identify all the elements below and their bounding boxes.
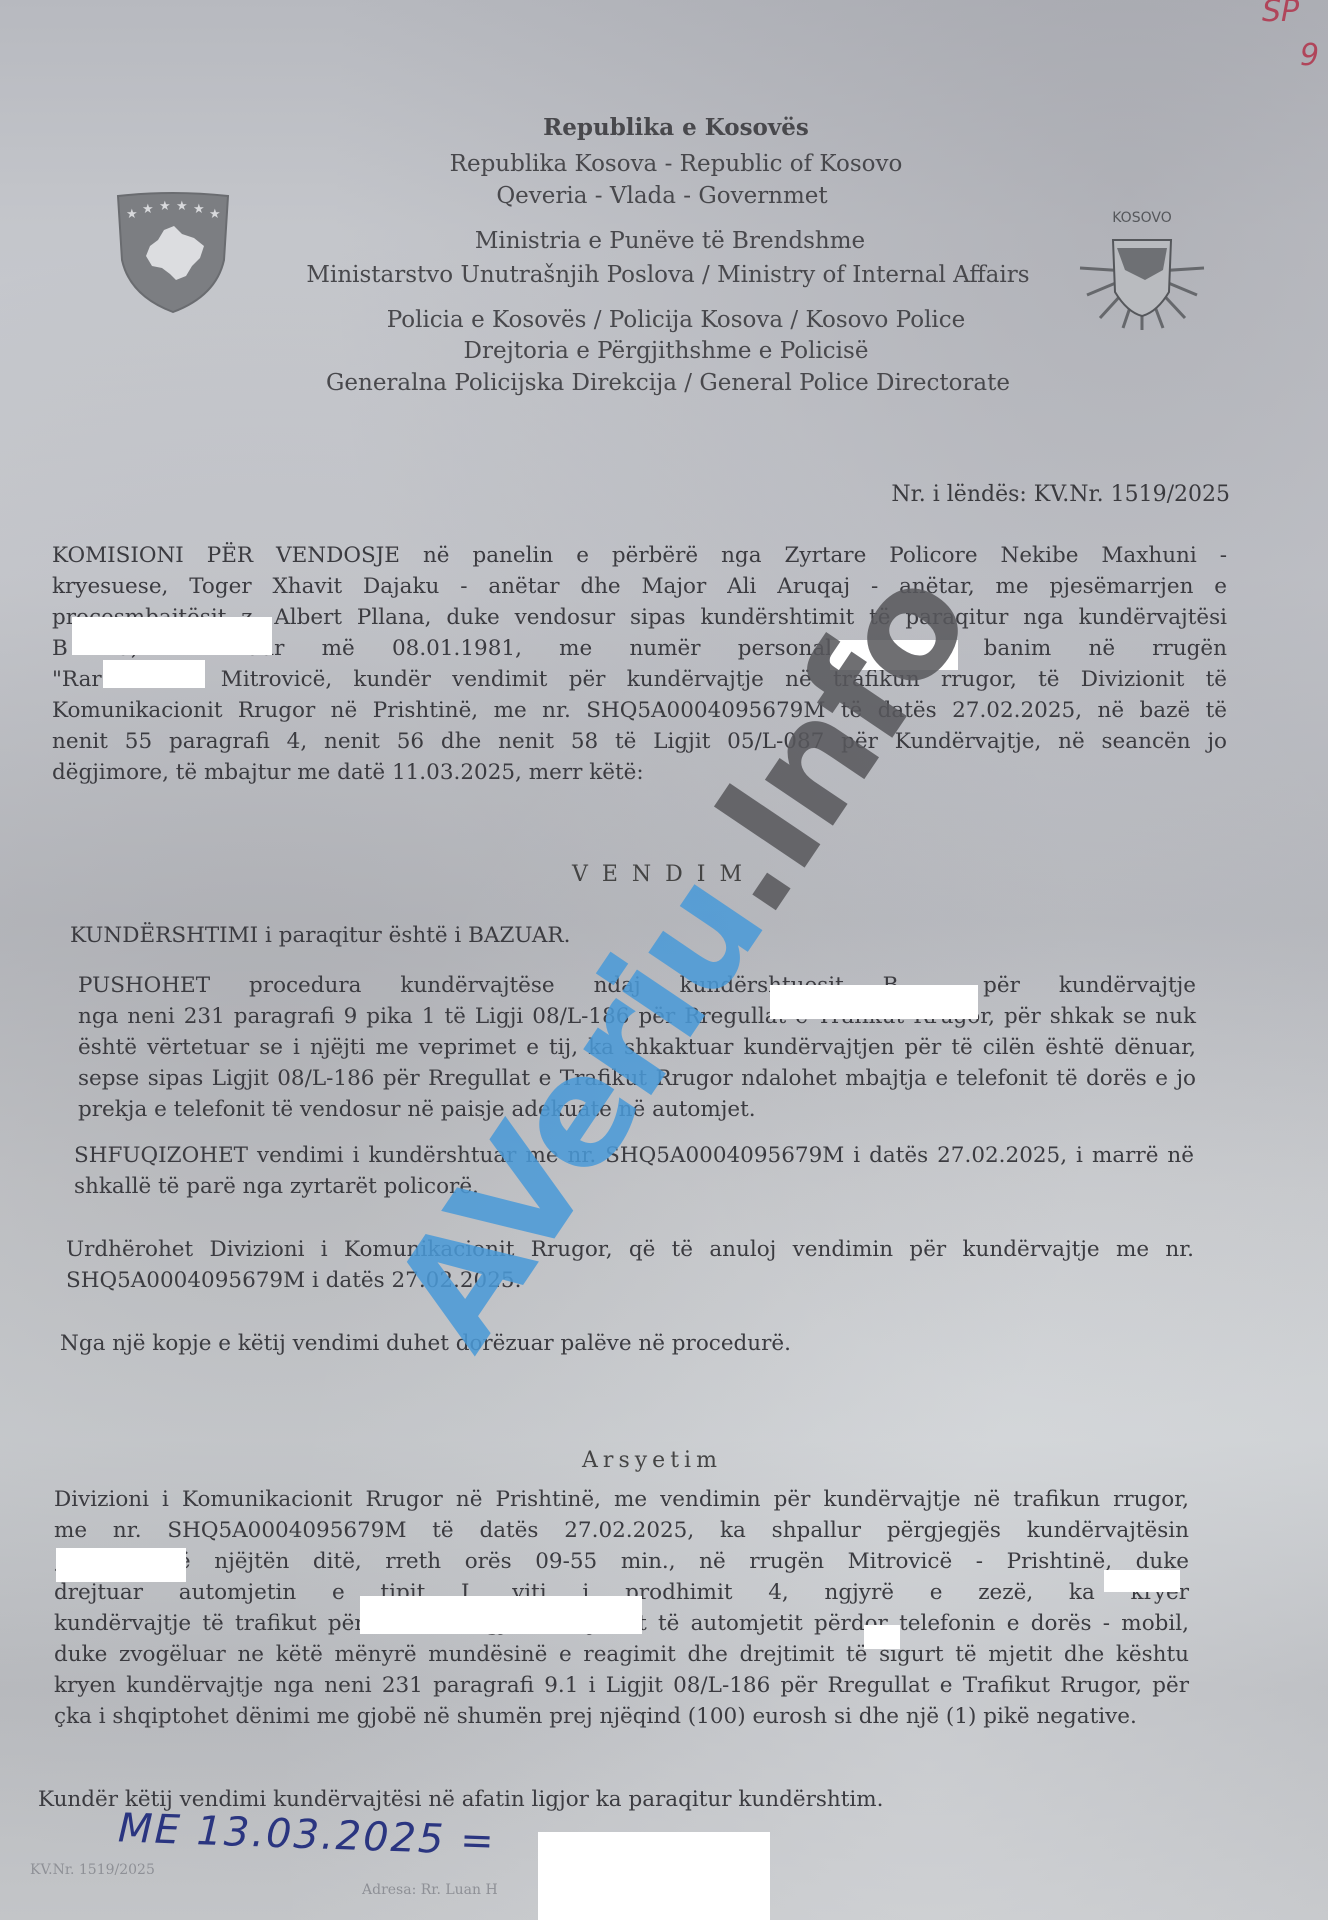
header-line-police: Policia e Kosovës / Policija Kosova / Ko… bbox=[12, 307, 1328, 333]
header-line-ministry-sr-en: Ministarstvo Unutrašnjih Poslova / Minis… bbox=[4, 262, 1328, 288]
footer-address: Adresa: Rr. Luan H bbox=[362, 1882, 498, 1898]
header-line-directorate-sr-en: Generalna Policijska Direkcija / General… bbox=[4, 370, 1328, 396]
header-title: Republika e Kosovës bbox=[12, 114, 1328, 141]
header-line-government: Qeveria - Vlada - Governmet bbox=[0, 183, 1326, 209]
header-line-directorate-sq: Drejtoria e Përgjithshme e Policisë bbox=[2, 338, 1328, 364]
redaction-vehicle-type bbox=[360, 1596, 642, 1634]
margin-note-number: 9 bbox=[1300, 38, 1319, 73]
intro-paragraph: KOMISIONI PËR VENDOSJE në panelin e përb… bbox=[52, 540, 1227, 788]
svg-text:KOSOVO: KOSOVO bbox=[1112, 210, 1171, 226]
decision-ordered: Urdhërohet Divizioni i Komunikacionit Rr… bbox=[66, 1234, 1194, 1296]
case-number: Nr. i lëndës: KV.Nr. 1519/2025 bbox=[891, 482, 1230, 507]
header-line-country: Republika Kosova - Republic of Kosovo bbox=[12, 151, 1328, 177]
redaction-street bbox=[103, 660, 205, 688]
reasoning-heading: Arsyetim bbox=[0, 1448, 1316, 1473]
header-line-ministry-sq: Ministria e Punëve të Brendshme bbox=[6, 228, 1328, 254]
redaction-offender-surname bbox=[1104, 1570, 1180, 1592]
redaction-offender-name bbox=[56, 1548, 186, 1582]
redaction-objector-name bbox=[770, 985, 978, 1019]
margin-note-initials: SP bbox=[1262, 0, 1299, 29]
redaction-name bbox=[72, 617, 272, 655]
redaction-production-year bbox=[864, 1625, 900, 1649]
footer-reference: KV.Nr. 1519/2025 bbox=[30, 1862, 155, 1878]
svg-text:★: ★ bbox=[126, 207, 138, 222]
decision-copy-note: Nga një kopje e këtij vendimi duhet dorë… bbox=[60, 1328, 1188, 1359]
svg-text:★: ★ bbox=[209, 207, 221, 222]
redaction-signature bbox=[538, 1832, 770, 1920]
